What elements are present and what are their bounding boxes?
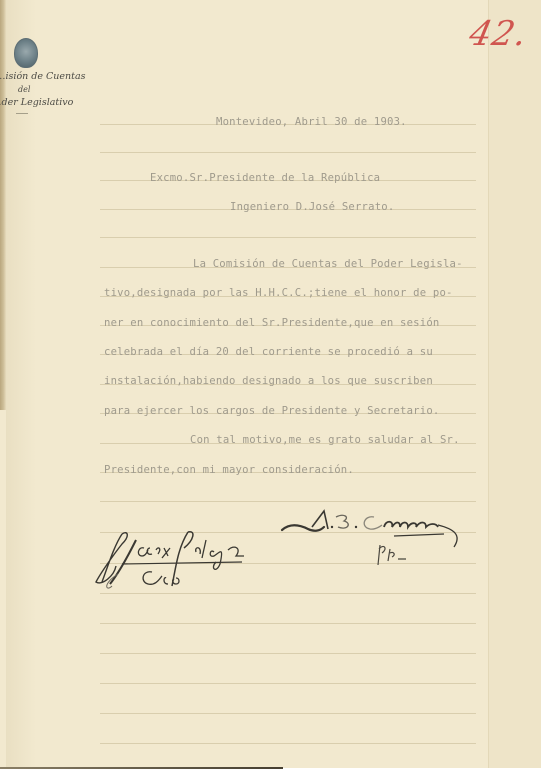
addressee-line-1: Excmo.Sr.Presidente de la República xyxy=(150,172,380,184)
letterhead-rule xyxy=(16,113,28,114)
body-line-4: celebrada el día 20 del corriente se pro… xyxy=(104,346,433,358)
coat-of-arms-icon xyxy=(14,38,38,68)
date-line: Montevideo, Abril 30 de 1903. xyxy=(216,116,407,128)
signature-president xyxy=(278,505,478,575)
body-line-5: instalación,habiendo designado a los que… xyxy=(104,375,433,387)
body-line-3: ner en conocimiento del Sr.Presidente,qu… xyxy=(104,317,439,329)
signature-secretary xyxy=(92,526,262,596)
document-page: 42. …isión de Cuentas del …der Legislati… xyxy=(0,0,541,773)
binding-shadow xyxy=(0,767,283,769)
body-line-6: para ejercer los cargos de Presidente y … xyxy=(104,405,439,417)
body-line-7: Con tal motivo,me es grato saludar al Sr… xyxy=(190,434,460,446)
letterhead-line-3: …der Legislativo xyxy=(0,96,66,109)
letterhead: …isión de Cuentas del …der Legislativo xyxy=(0,38,66,114)
body-line-2: tivo,designada por las H.H.C.C.;tiene el… xyxy=(104,287,453,299)
letterhead-line-2: del xyxy=(18,83,66,96)
addressee-line-2: Ingeniero D.José Serrato. xyxy=(230,201,394,213)
body-line-8: Presidente,con mi mayor consideración. xyxy=(104,464,354,476)
body-line-1: La Comisión de Cuentas del Poder Legisla… xyxy=(193,258,463,270)
folio-number: 42. xyxy=(466,14,532,54)
letterhead-line-1: …isión de Cuentas xyxy=(0,70,66,83)
